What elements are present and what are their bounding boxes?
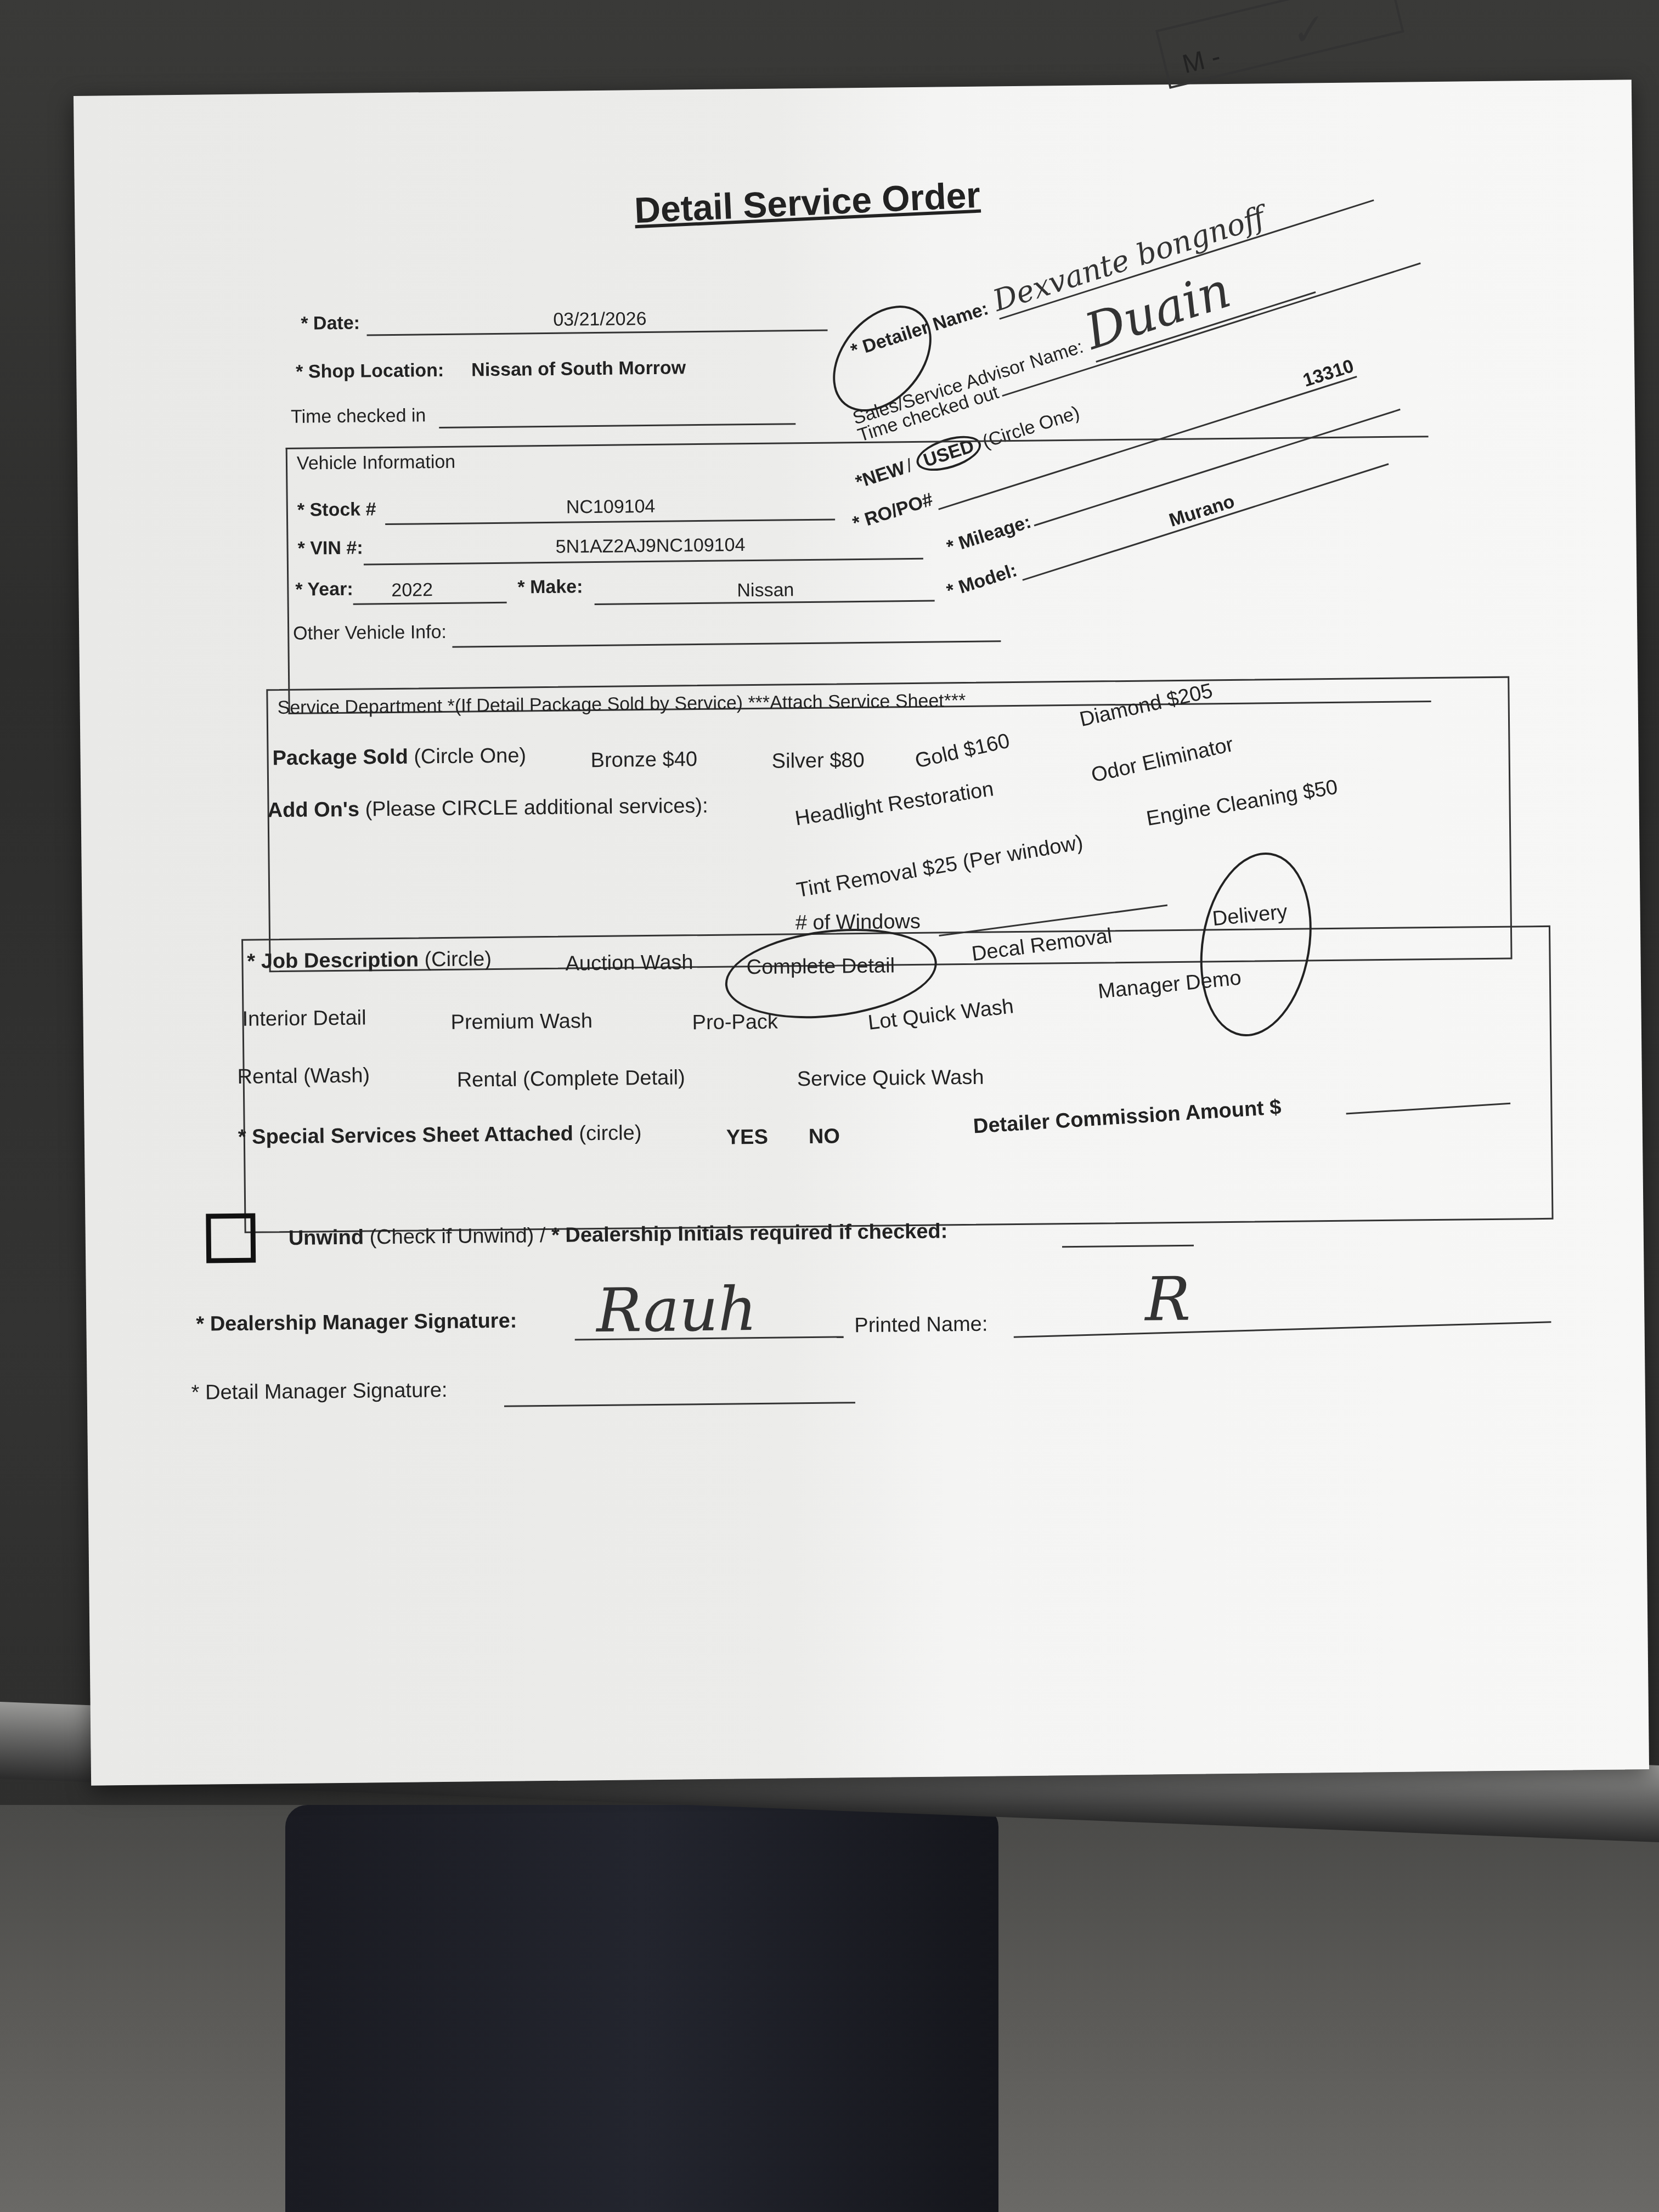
form-title: Detail Service Order xyxy=(634,174,981,232)
job-premium-wash[interactable]: Premium Wash xyxy=(450,1009,592,1035)
special-services-yes[interactable]: YES xyxy=(726,1126,768,1150)
date-field[interactable]: 03/21/2026 xyxy=(553,308,647,331)
detail-manager-signature-field[interactable] xyxy=(504,1402,855,1407)
time-checked-in-label: Time checked in xyxy=(291,405,426,428)
vehicle-info-label: Vehicle Information xyxy=(297,452,456,475)
special-services-label: * Special Services Sheet Attached (circl… xyxy=(238,1121,642,1149)
corner-m-box: M - ✓ xyxy=(1155,0,1404,89)
year-label: * Year: xyxy=(295,579,353,601)
make-field[interactable]: Nissan xyxy=(737,579,794,601)
job-interior-detail[interactable]: Interior Detail xyxy=(242,1006,366,1031)
addons-label: Add On's (Please CIRCLE additional servi… xyxy=(267,794,708,822)
printed-name-label: Printed Name: xyxy=(854,1313,988,1338)
dealership-initials-label: * Dealership Initials required if checke… xyxy=(551,1220,948,1247)
dealership-initials-field[interactable] xyxy=(1062,1245,1194,1248)
person-leg xyxy=(285,1805,998,2212)
job-description-label: * Job Description (Circle) xyxy=(247,947,492,974)
checkmark-icon: ✓ xyxy=(1285,5,1327,56)
stock-field[interactable]: NC109104 xyxy=(566,496,656,518)
shop-location-label: * Shop Location: xyxy=(296,360,444,383)
corner-m-label: M - xyxy=(1180,42,1223,80)
job-pro-pack[interactable]: Pro-Pack xyxy=(692,1011,778,1035)
detail-service-order-form: M - ✓ Detail Service Order * Date: 03/21… xyxy=(74,80,1649,1786)
vin-field[interactable]: 5N1AZ2AJ9NC109104 xyxy=(555,534,745,558)
date-label: * Date: xyxy=(301,313,360,335)
year-field[interactable]: 2022 xyxy=(391,579,433,601)
job-service-quick-wash[interactable]: Service Quick Wash xyxy=(797,1066,984,1092)
printed-name-field[interactable]: R xyxy=(1144,1264,1190,1335)
shop-location-field[interactable]: Nissan of South Morrow xyxy=(471,357,686,381)
special-services-no[interactable]: NO xyxy=(809,1125,840,1149)
package-bronze[interactable]: Bronze $40 xyxy=(590,748,697,772)
make-label: * Make: xyxy=(517,576,583,598)
package-sold-label: Package Sold (Circle One) xyxy=(272,744,526,770)
job-auction-wash[interactable]: Auction Wash xyxy=(565,951,693,975)
vin-label: * VIN #: xyxy=(297,537,363,559)
stock-label: * Stock # xyxy=(297,499,376,521)
package-silver[interactable]: Silver $80 xyxy=(772,749,865,774)
time-checked-in-field[interactable] xyxy=(439,423,795,428)
detail-manager-signature-label: * Detail Manager Signature: xyxy=(191,1379,447,1405)
vehicle-info-box xyxy=(286,436,1431,714)
unwind-checkbox[interactable] xyxy=(206,1214,256,1263)
dealership-manager-signature-label: * Dealership Manager Signature: xyxy=(196,1310,517,1336)
dealership-manager-signature-field[interactable]: Rauh xyxy=(596,1274,758,1346)
other-vehicle-info-label: Other Vehicle Info: xyxy=(293,622,447,645)
job-rental-complete-detail[interactable]: Rental (Complete Detail) xyxy=(457,1066,685,1092)
job-rental-wash[interactable]: Rental (Wash) xyxy=(237,1064,370,1089)
